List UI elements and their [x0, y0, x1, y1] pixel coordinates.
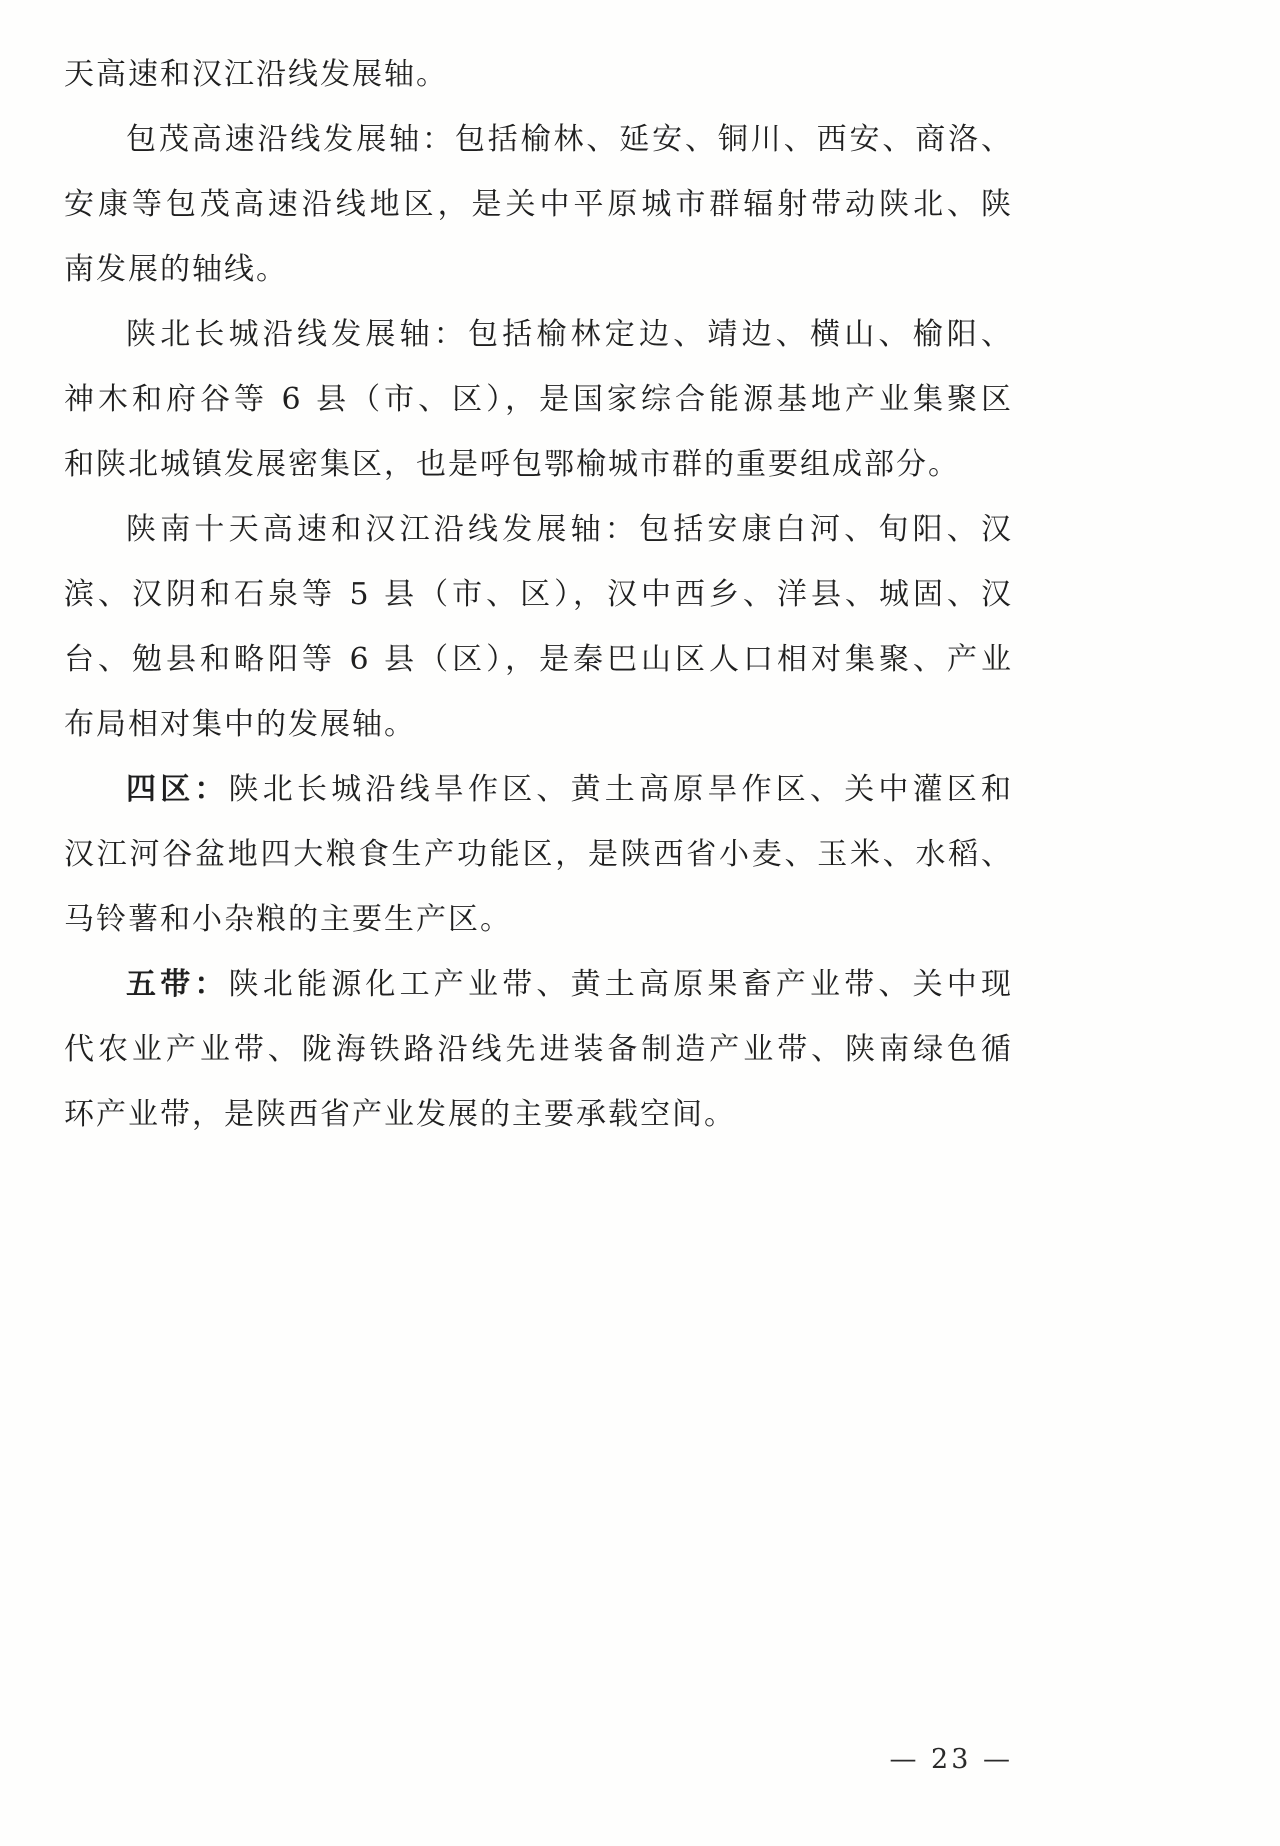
text-line: 陕北长城沿线发展轴：包括榆林定边、靖边、横山、榆阳、: [64, 302, 1013, 367]
term-wu-dai: 五带：: [126, 967, 229, 1002]
text-line: 台、勉县和略阳等 6 县（区），是秦巴山区人口相对集聚、产业: [64, 627, 1013, 692]
text-line-content: 陕南十天高速和汉江沿线发展轴：包括安康白河、旬阳、汉: [126, 512, 1013, 547]
text-line: 安康等包茂高速沿线地区，是关中平原城市群辐射带动陕北、陕: [64, 172, 1013, 237]
document-body: 天高速和汉江沿线发展轴。 包茂高速沿线发展轴：包括榆林、延安、铜川、西安、商洛、…: [64, 42, 1013, 1147]
text-line-content: 陕北长城沿线发展轴：包括榆林定边、靖边、横山、榆阳、: [126, 317, 1013, 352]
text-line-content: 神木和府谷等 6 县（市、区），是国家综合能源基地产业集聚区: [64, 382, 1013, 417]
document-page: 天高速和汉江沿线发展轴。 包茂高速沿线发展轴：包括榆林、延安、铜川、西安、商洛、…: [0, 0, 1280, 1846]
text-line: 天高速和汉江沿线发展轴。: [64, 42, 1013, 107]
text-line: 南发展的轴线。: [64, 237, 1013, 302]
text-line-content: 代农业产业带、陇海铁路沿线先进装备制造产业带、陕南绿色循: [64, 1032, 1013, 1067]
page-number: — 23 —: [889, 1744, 1013, 1775]
text-line-content: 滨、汉阴和石泉等 5 县（市、区），汉中西乡、洋县、城固、汉: [64, 577, 1013, 612]
term-si-qu: 四区：: [126, 772, 229, 807]
text-line-content: 台、勉县和略阳等 6 县（区），是秦巴山区人口相对集聚、产业: [64, 642, 1013, 677]
text-line: 环产业带，是陕西省产业发展的主要承载空间。: [64, 1082, 1013, 1147]
text-line: 代农业产业带、陇海铁路沿线先进装备制造产业带、陕南绿色循: [64, 1017, 1013, 1082]
text-line-content: 南发展的轴线。: [64, 252, 288, 287]
text-line: 马铃薯和小杂粮的主要生产区。: [64, 887, 1013, 952]
text-line-content: 安康等包茂高速沿线地区，是关中平原城市群辐射带动陕北、陕: [64, 187, 1013, 222]
text-line: 滨、汉阴和石泉等 5 县（市、区），汉中西乡、洋县、城固、汉: [64, 562, 1013, 627]
text-line: 陕南十天高速和汉江沿线发展轴：包括安康白河、旬阳、汉: [64, 497, 1013, 562]
text-line: 汉江河谷盆地四大粮食生产功能区，是陕西省小麦、玉米、水稻、: [64, 822, 1013, 887]
text-line-content: 汉江河谷盆地四大粮食生产功能区，是陕西省小麦、玉米、水稻、: [64, 837, 1013, 872]
text-line: 五带：陕北能源化工产业带、黄土高原果畜产业带、关中现: [64, 952, 1013, 1017]
text-line: 神木和府谷等 6 县（市、区），是国家综合能源基地产业集聚区: [64, 367, 1013, 432]
text-line-content: 和陕北城镇发展密集区，也是呼包鄂榆城市群的重要组成部分。: [64, 447, 960, 482]
page-footer: — 23 —: [0, 1744, 1013, 1775]
text-line: 包茂高速沿线发展轴：包括榆林、延安、铜川、西安、商洛、: [64, 107, 1013, 172]
text-line-content: 布局相对集中的发展轴。: [64, 707, 416, 742]
text-line: 布局相对集中的发展轴。: [64, 692, 1013, 757]
text-line: 和陕北城镇发展密集区，也是呼包鄂榆城市群的重要组成部分。: [64, 432, 1013, 497]
text-line-content: 陕北长城沿线旱作区、黄土高原旱作区、关中灌区和: [229, 772, 1013, 807]
text-line: 四区：陕北长城沿线旱作区、黄土高原旱作区、关中灌区和: [64, 757, 1013, 822]
text-line-content: 陕北能源化工产业带、黄土高原果畜产业带、关中现: [229, 967, 1013, 1002]
text-line-content: 天高速和汉江沿线发展轴。: [64, 57, 448, 92]
text-line-content: 包茂高速沿线发展轴：包括榆林、延安、铜川、西安、商洛、: [126, 122, 1013, 157]
text-line-content: 马铃薯和小杂粮的主要生产区。: [64, 902, 512, 937]
text-line-content: 环产业带，是陕西省产业发展的主要承载空间。: [64, 1097, 736, 1132]
